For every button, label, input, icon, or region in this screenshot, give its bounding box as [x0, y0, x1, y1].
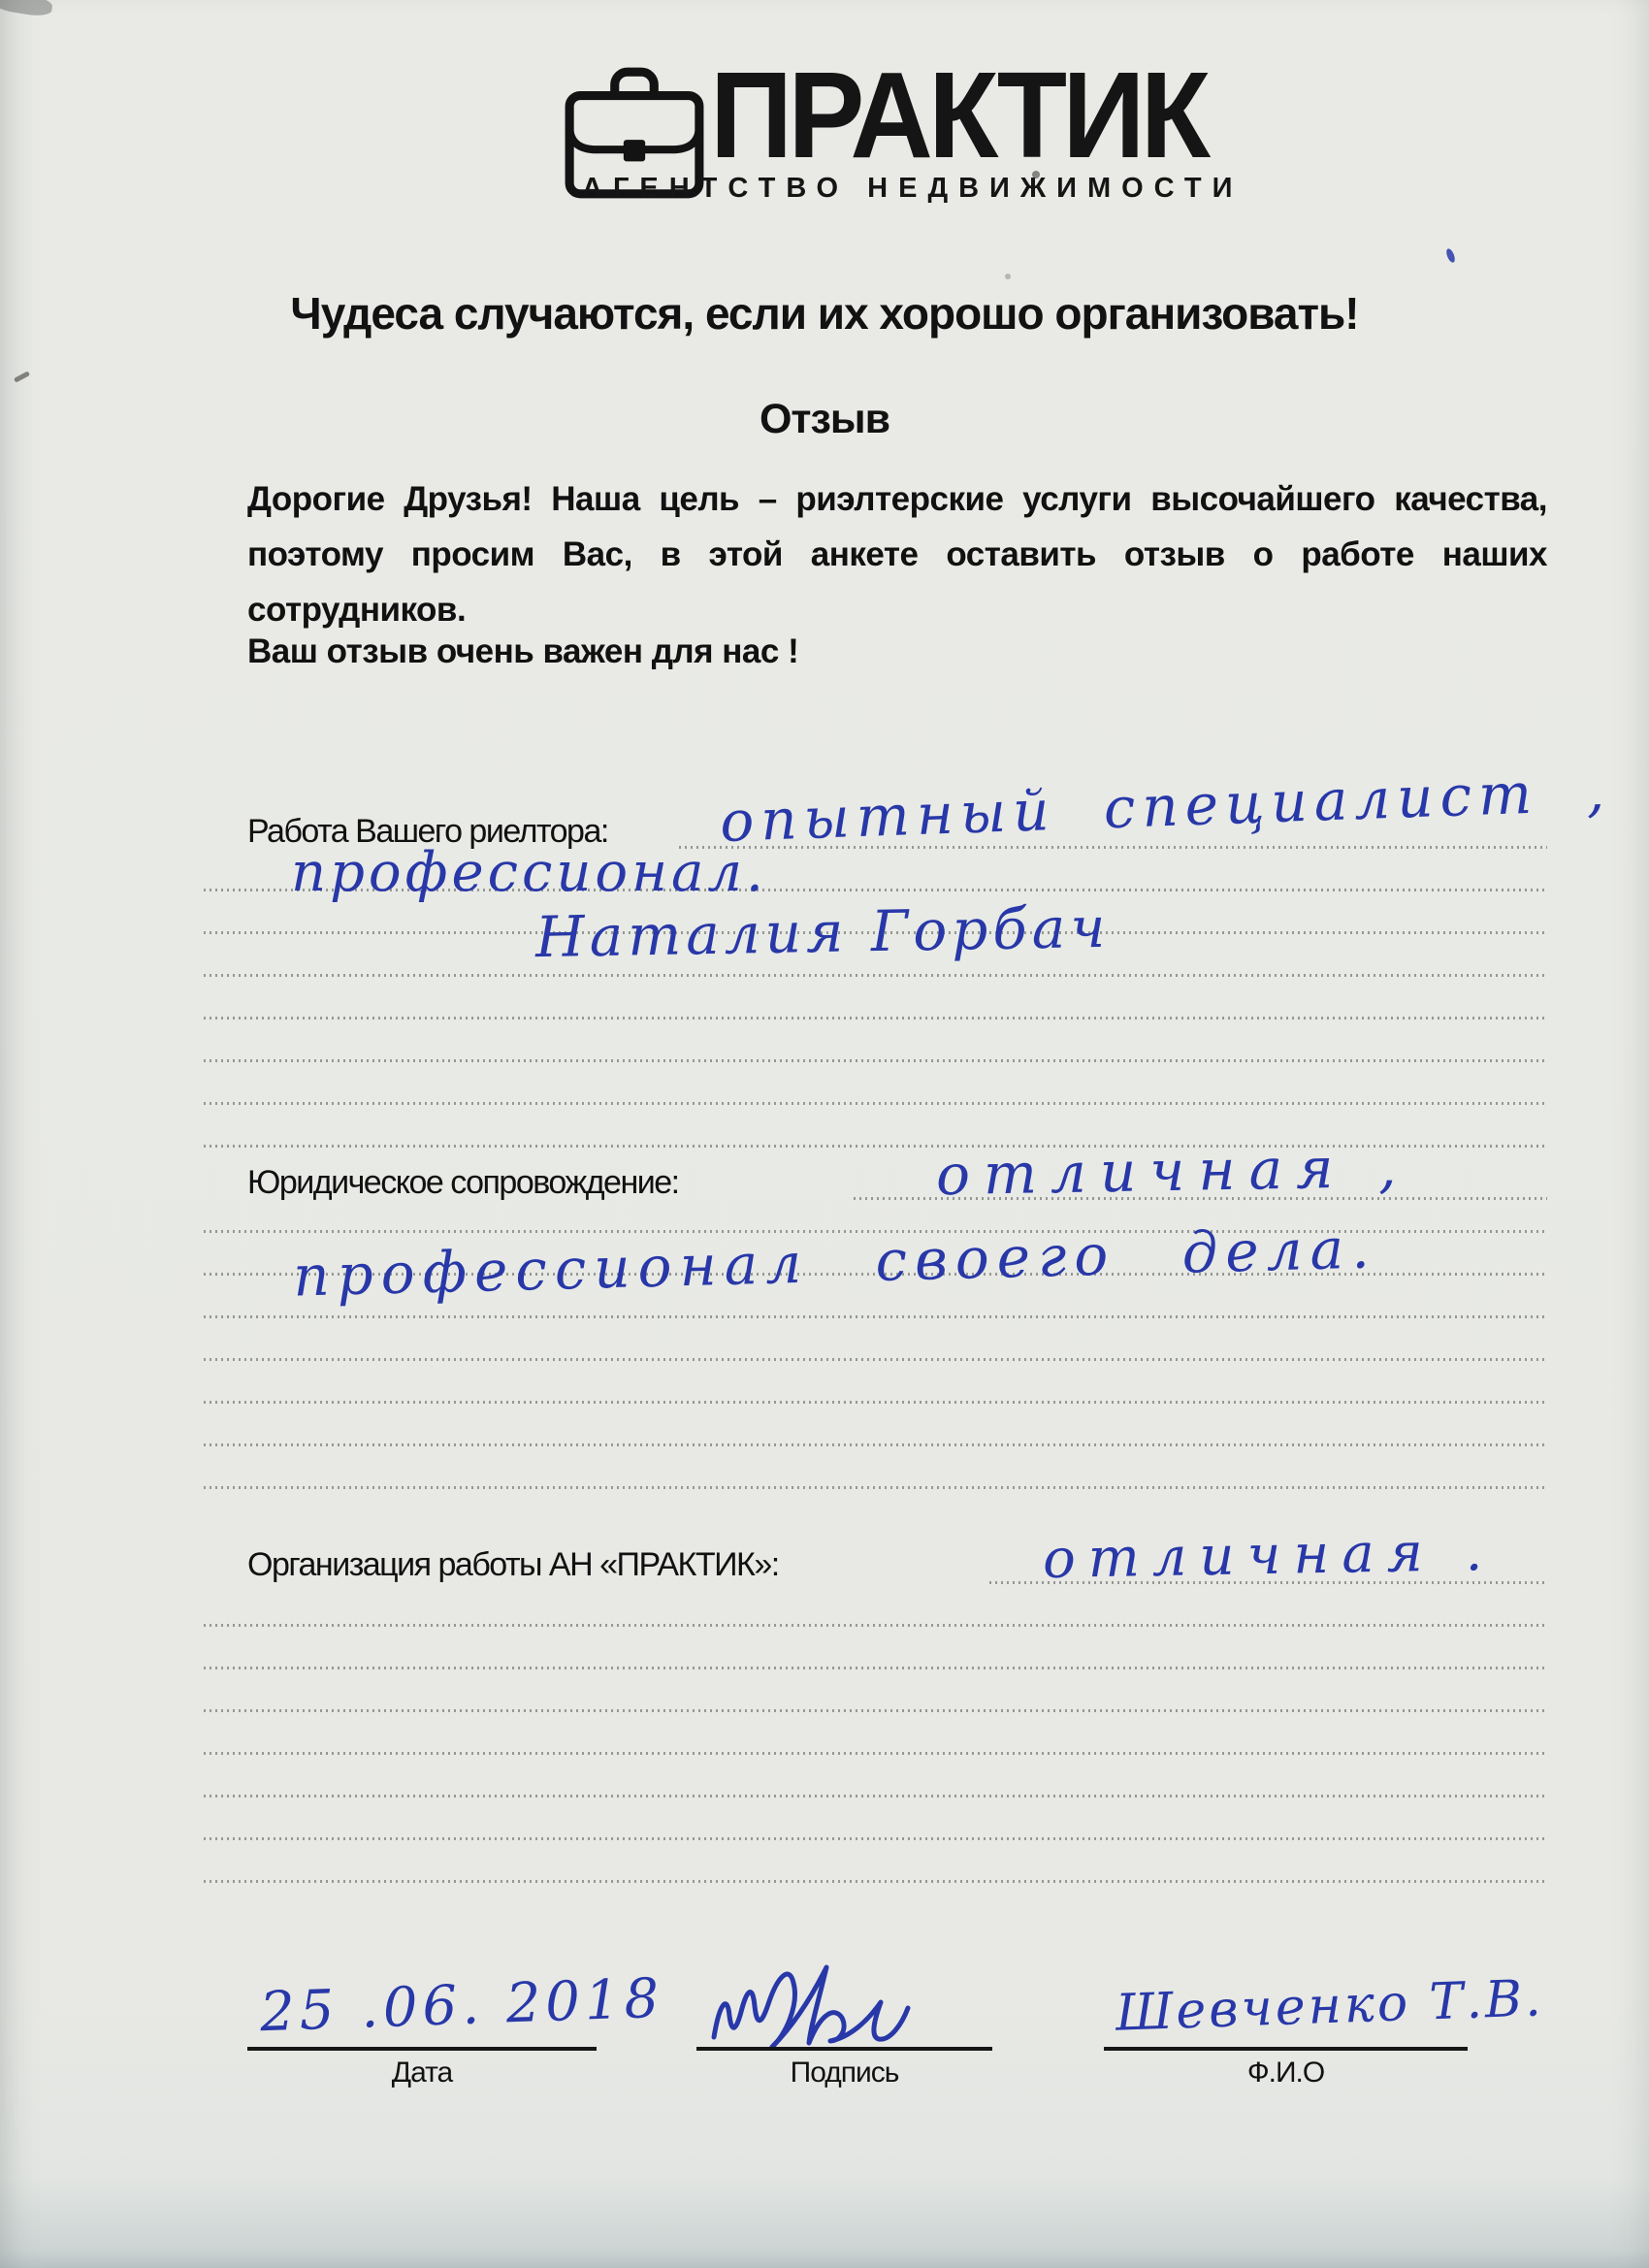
name-line	[1104, 2047, 1468, 2051]
ruled-line	[204, 1709, 1547, 1712]
scan-artifact	[1032, 171, 1040, 178]
ruled-line	[204, 1880, 1547, 1883]
signature-label: Подпись	[696, 2057, 992, 2090]
handwriting-realtor-name: Наталия Горбач	[535, 899, 1111, 965]
name-label: Ф.И.О	[1104, 2057, 1468, 2090]
ruled-line	[204, 1752, 1547, 1755]
date-label: Дата	[247, 2057, 597, 2090]
ruled-line	[204, 1837, 1547, 1840]
ruled-line	[204, 1401, 1547, 1404]
scan-artifact	[14, 371, 30, 382]
ruled-line	[204, 1795, 1547, 1798]
page-title: Отзыв	[0, 396, 1649, 443]
handwriting-legal-line1: отличная ,	[936, 1139, 1410, 1204]
ruled-line	[204, 1315, 1547, 1318]
scanned-feedback-form: ПРАКТИК АГЕНТСТВО НЕДВИЖИМОСТИ Чудеса сл…	[0, 0, 1649, 2268]
ruled-line	[204, 1017, 1547, 1020]
scan-artifact	[1444, 247, 1456, 264]
ruled-line	[204, 1443, 1547, 1446]
importance-note: Ваш отзыв очень важен для нас !	[247, 632, 798, 671]
ruled-line	[204, 1667, 1547, 1669]
ruled-line	[204, 1486, 1547, 1489]
handwriting-realtor-line1: опытный специалист ,	[719, 762, 1611, 850]
brand-name: ПРАКТИК	[710, 54, 1206, 177]
date-line	[247, 2047, 597, 2051]
ruled-line	[204, 1059, 1547, 1062]
handwriting-date: 25 .06. 2018	[259, 1972, 664, 2040]
handwriting-fullname: Шевченко Т.В.	[1115, 1973, 1544, 2038]
scan-artifact	[1005, 274, 1011, 279]
handwriting-organization-line1: отличная .	[1043, 1525, 1496, 1587]
ruled-line	[204, 1102, 1547, 1105]
ruled-line	[204, 1358, 1547, 1361]
scan-artifact	[0, 0, 53, 18]
field-label-legal: Юридическое сопровождение:	[247, 1164, 679, 1202]
slogan: Чудеса случаются, если их хорошо организ…	[0, 287, 1649, 340]
brand-subtitle: АГЕНТСТВО НЕДВИЖИМОСТИ	[582, 173, 1243, 205]
intro-paragraph: Дорогие Друзья! Наша цель – риэлтерские …	[247, 471, 1547, 637]
signature-scrawl	[700, 1956, 1011, 2053]
ruled-line	[204, 1624, 1547, 1627]
handwriting-realtor-line2: профессионал.	[291, 846, 767, 900]
field-label-organization: Организация работы АН «ПРАКТИК»:	[247, 1546, 779, 1584]
ruled-line	[204, 974, 1547, 977]
signature-line	[696, 2047, 992, 2051]
